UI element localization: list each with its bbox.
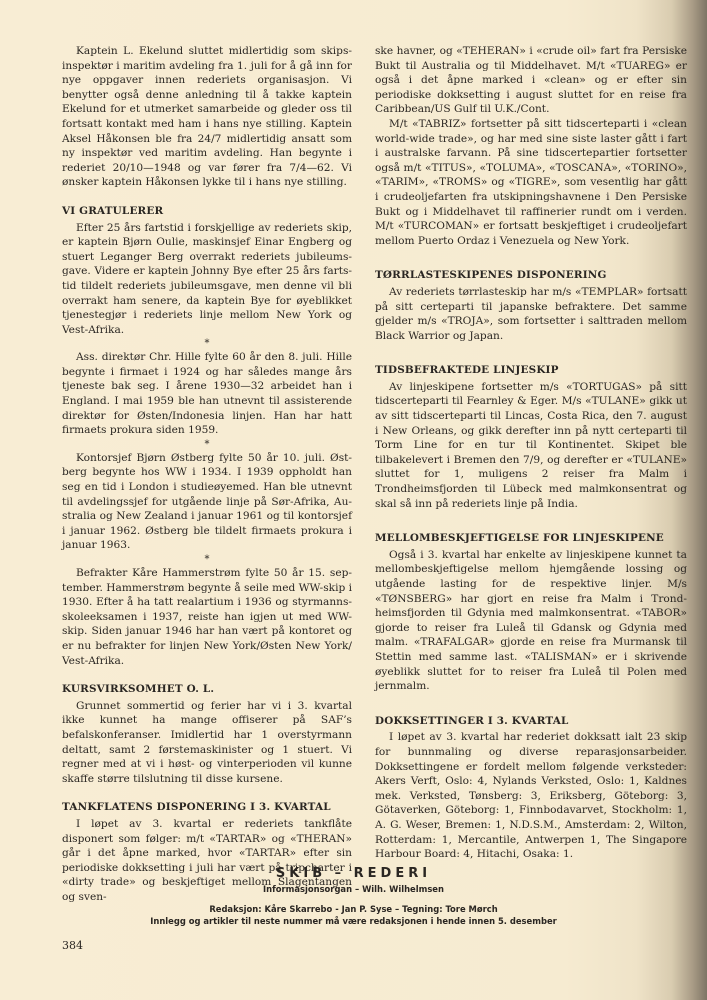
separator-star: * xyxy=(62,439,352,451)
paragraph: Av linjeskipene fortsetter m/s «TORTUGAS… xyxy=(375,380,687,511)
page-number: 384 xyxy=(62,939,83,952)
paragraph: Også i 3. kvartal har enkelte av linjesk… xyxy=(375,548,687,694)
intro-paragraph: Kaptein L. Ekelund sluttet midlertidig s… xyxy=(62,44,352,190)
paragraph: Av rederiets tørrlasteskip har m/s «TEMP… xyxy=(375,285,687,343)
section-heading-kursvirksomhet: KURSVIRKSOMHET O. L. xyxy=(62,682,352,697)
paragraph: Befrakter Kåre Hammerstrøm fylte 50 år 1… xyxy=(62,566,352,668)
deadline-notice: Innlegg og artikler til neste nummer må … xyxy=(0,915,707,927)
paragraph: Ass. direktør Chr. Hille fylte 60 år den… xyxy=(62,350,352,438)
section-heading-dokksettinger: DOKKSETTINGER I 3. KVARTAL xyxy=(375,714,687,729)
continuation-paragraph: ske havner, og «TEHERAN» i «crude oil» f… xyxy=(375,44,687,117)
paragraph: Efter 25 års fartstid i forskjellige av … xyxy=(62,221,352,338)
right-column: ske havner, og «TEHERAN» i «crude oil» f… xyxy=(375,44,687,862)
editors-line: Redaksjon: Kåre Skarrebo - Jan P. Syse –… xyxy=(0,903,707,915)
masthead-subtitle: Informasjonsorgan – Wilh. Wilhelmsen xyxy=(0,883,707,895)
section-heading-tankflatens-disponering: TANKFLATENS DISPONERING I 3. KVARTAL xyxy=(62,800,352,815)
masthead-title: SKIB – REDERI xyxy=(0,866,707,882)
paragraph: Grunnet sommertid og ferier har vi i 3. … xyxy=(62,699,352,787)
paragraph: M/t «TABRIZ» fortsetter på sitt tidscert… xyxy=(375,117,687,248)
separator-star: * xyxy=(62,338,352,350)
section-heading-tidsbefraktede-linjeskip: TIDSBEFRAKTEDE LINJESKIP xyxy=(375,363,687,378)
left-column: Kaptein L. Ekelund sluttet midlertidig s… xyxy=(62,44,352,904)
paragraph: Kontorsjef Bjørn Østberg fylte 50 år 10.… xyxy=(62,451,352,553)
section-heading-vi-gratulerer: VI GRATULERER xyxy=(62,204,352,219)
magazine-page: Kaptein L. Ekelund sluttet midlertidig s… xyxy=(0,0,707,1000)
colophon: SKIB – REDERI Informasjonsorgan – Wilh. … xyxy=(0,866,707,927)
paragraph: I løpet av 3. kvartal har rederiet dokks… xyxy=(375,730,687,861)
section-heading-torrlasteskipenes-disponering: TØRRLASTESKIPENES DISPONERING xyxy=(375,268,687,283)
section-heading-mellombeskjeftigelse: MELLOMBESKJEFTIGELSE FOR LINJESKIPENE xyxy=(375,531,687,546)
separator-star: * xyxy=(62,554,352,566)
